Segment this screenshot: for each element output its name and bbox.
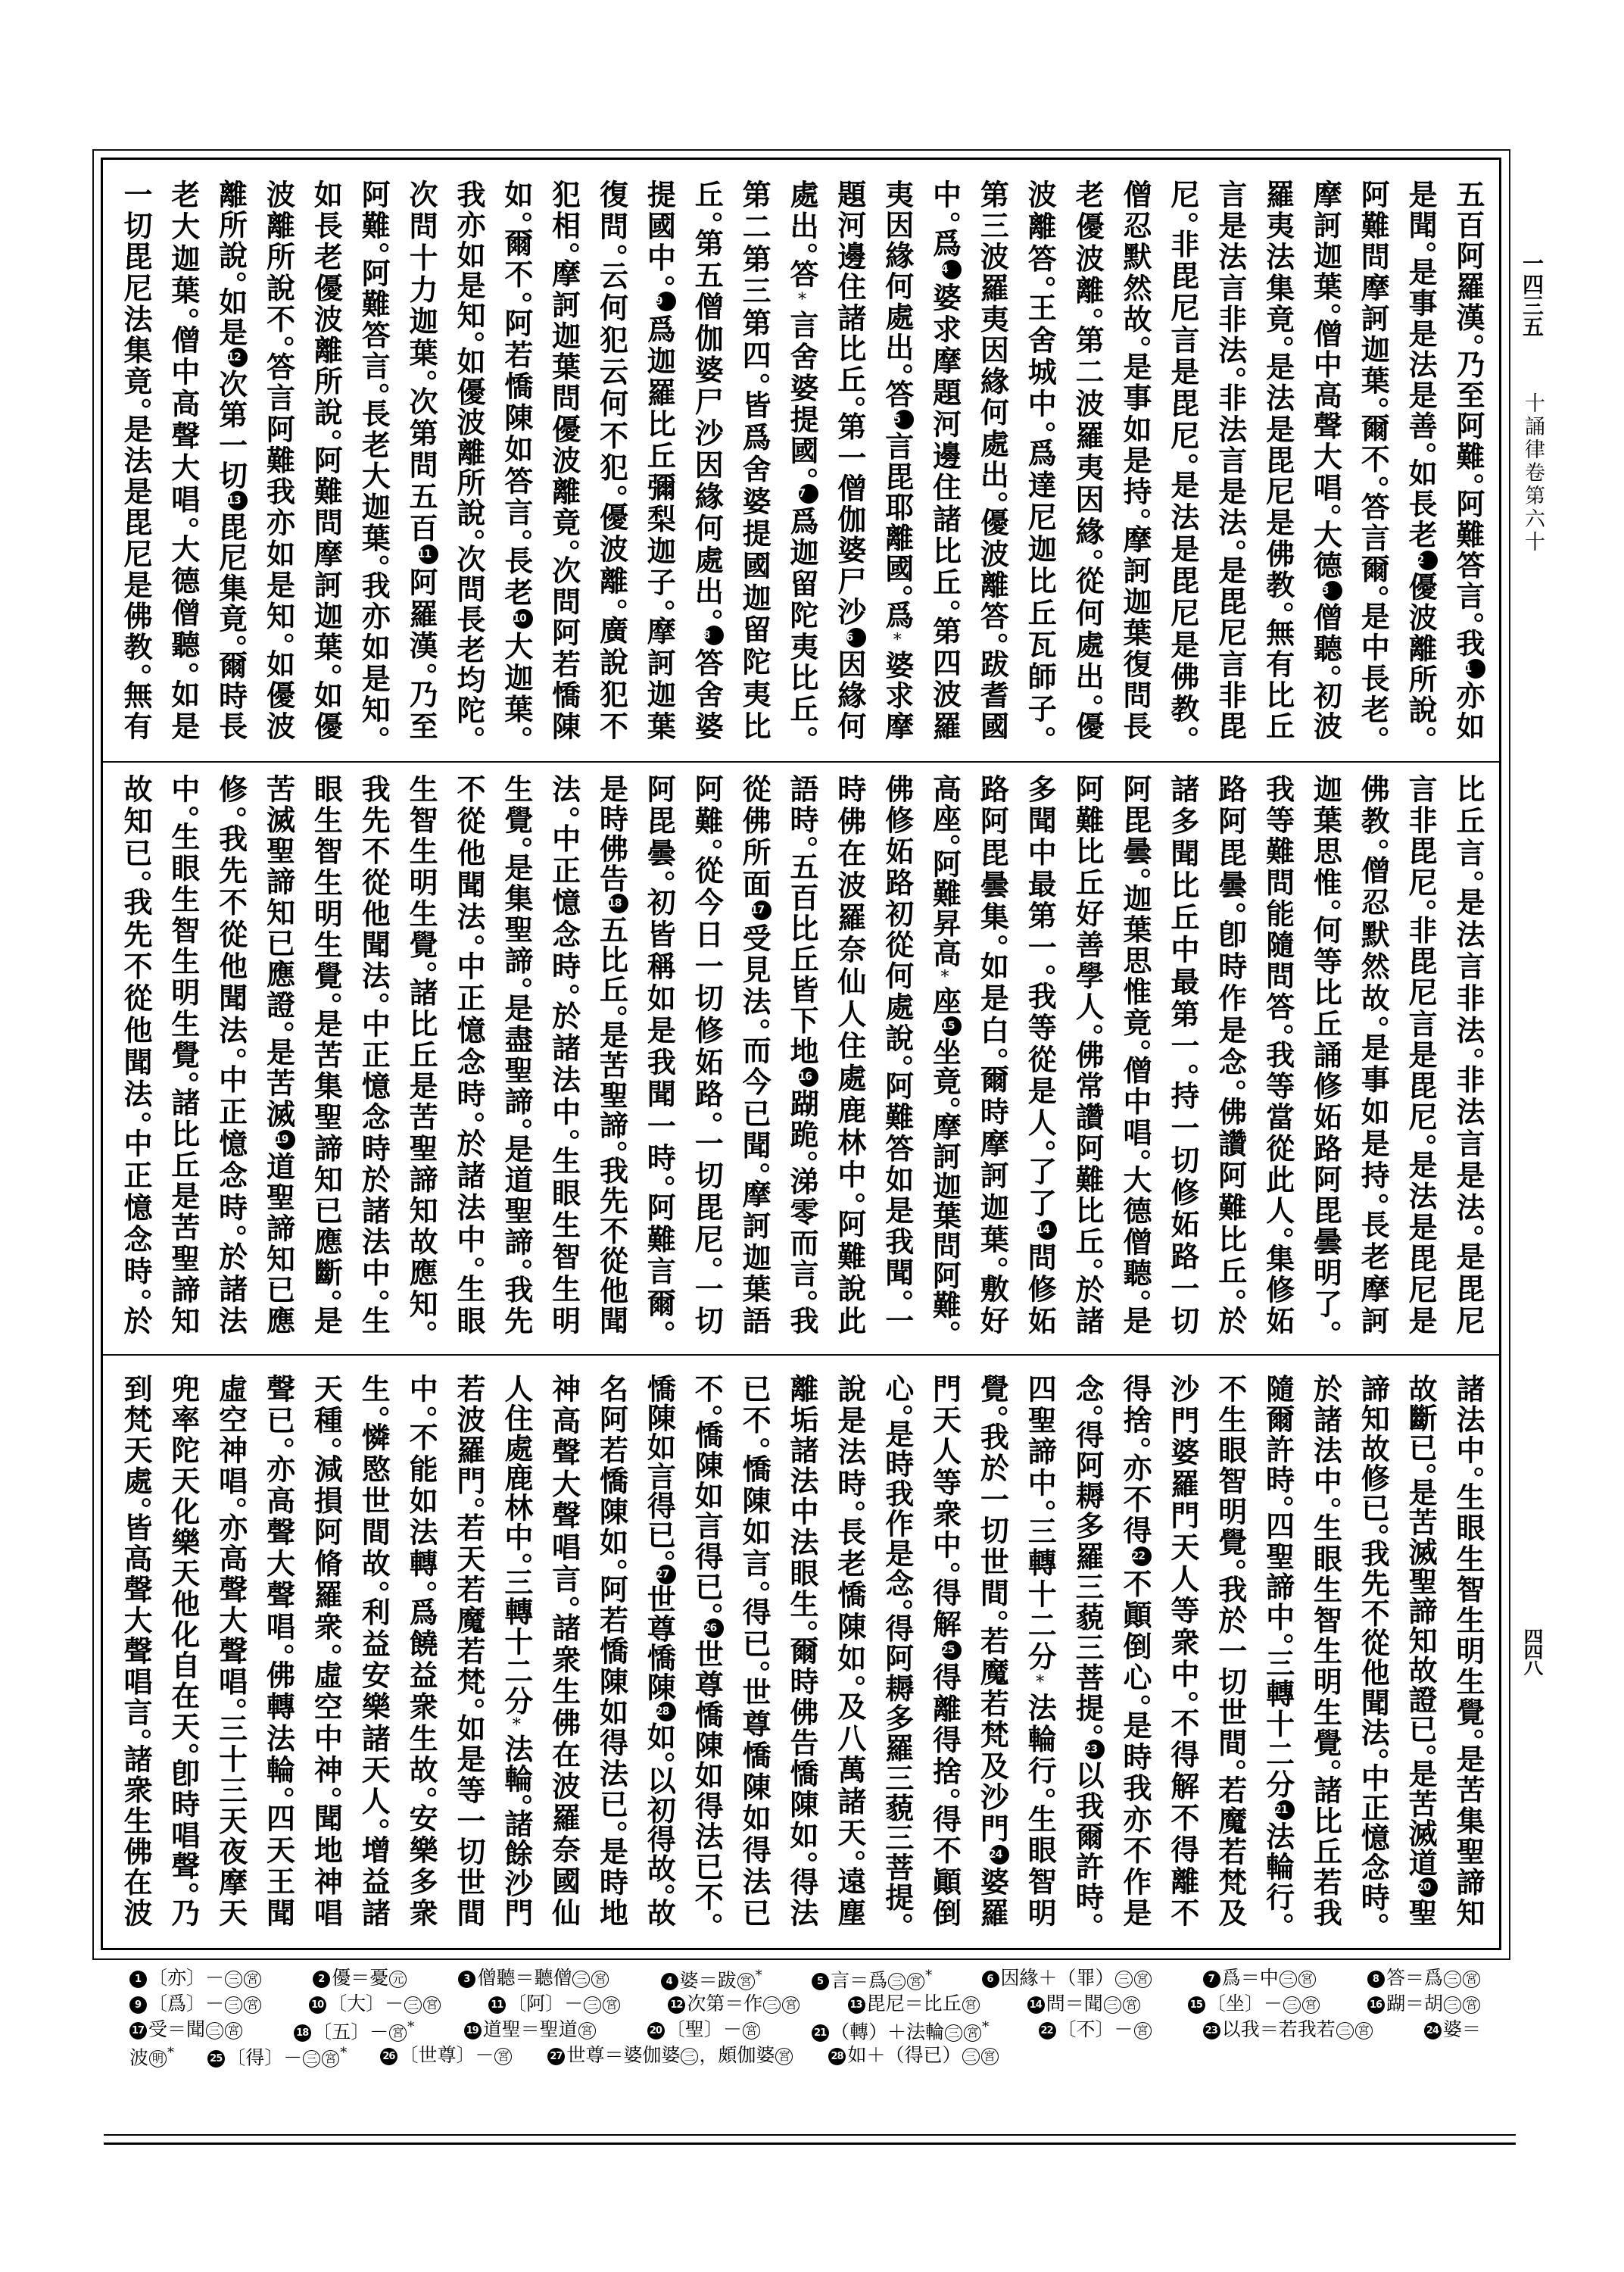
text-column: 題河邊住諸比丘。第一僧伽婆尸沙6因緣何	[825, 179, 873, 740]
footnote-marker: 21	[812, 2024, 829, 2042]
text-column: 離垢諸法中法眼生。爾時佛告憍陳如。得法	[778, 1374, 825, 1927]
text-column: 兜率陀天化樂天他化自在天。卽時唱聲。乃	[159, 1374, 207, 1927]
full-stop: 。	[1308, 1496, 1342, 1513]
footnote-item: 1〔亦〕－三宮	[129, 1965, 262, 1991]
footnote-marker: 18	[294, 2024, 311, 2042]
footnote-marker: 24	[990, 1845, 1009, 1865]
full-stop: 。	[928, 1320, 962, 1334]
text-column: 說是法時。長老憍陳如。及八萬諸天。遠塵	[825, 1374, 873, 1927]
full-stop: 。	[690, 211, 724, 229]
collation-asterisk: *	[793, 291, 812, 308]
full-stop: 。	[690, 1912, 724, 1927]
full-stop: 。	[1023, 726, 1057, 740]
full-stop: 。	[1166, 453, 1200, 470]
full-stop: 。	[214, 1047, 248, 1065]
text-column: 苦滅聖諦知已應證。是苦滅19道聖諦知已應	[254, 774, 302, 1334]
text-column: 羅夷法集竟。是法是毘尼是佛教。無有比丘	[1254, 179, 1301, 740]
full-stop: 。	[452, 1697, 486, 1714]
full-stop: 。	[262, 335, 296, 352]
text-column: 人住處鹿林中。三轉十二分*法輪。諸餘沙門	[492, 1374, 540, 1927]
full-stop: 。	[452, 528, 486, 544]
footnote-item: 23以我＝若我若三宮	[1203, 2017, 1373, 2043]
full-stop: 。	[1356, 1015, 1390, 1032]
full-stop: 。	[404, 961, 438, 978]
footnote-marker: 23	[1203, 2022, 1220, 2039]
edition-mark: 宮	[1123, 1996, 1140, 2014]
full-stop: 。	[119, 1288, 153, 1306]
edition-mark: 三	[225, 1996, 242, 2014]
full-stop: 。	[595, 1005, 629, 1021]
text-column: 覺。我於一切世間。若魔若梵及沙門24婆羅	[968, 1374, 1016, 1927]
edition-mark: 三	[1444, 1971, 1461, 1988]
full-stop: 。	[452, 726, 486, 740]
footnote-marker: 5	[894, 410, 914, 429]
full-stop: 。	[785, 835, 819, 852]
footnote-item: 9〔爲〕－三宮	[129, 1991, 262, 2017]
full-stop: 。	[1356, 726, 1390, 740]
full-stop: 。	[1118, 1148, 1152, 1165]
full-stop: 。	[167, 1743, 201, 1759]
text-column: 憍陳如言得已。27世尊憍陳28如。以初得故。故	[635, 1374, 683, 1927]
full-stop: 。	[214, 1496, 248, 1513]
edition-mark: 宮	[964, 2024, 981, 2042]
full-stop: 。	[737, 1580, 771, 1597]
footnote-marker: 2	[313, 1971, 330, 1988]
full-stop: 。	[452, 934, 486, 951]
footnote-marker: 6	[982, 1971, 999, 1988]
edition-mark: 宮	[743, 2022, 760, 2039]
footnote-item: 2優＝憂元	[313, 1965, 407, 1991]
edition-mark: 宮	[322, 2050, 339, 2068]
full-stop: 。	[881, 1598, 915, 1613]
footnote-line: 17受＝聞三宮18〔五〕－宮*19道聖＝聖道宮20〔聖〕－宮21（轉）＋法輪三宮…	[129, 2017, 1481, 2043]
text-column: 佛教。僧忍默然故。是事如是持。長老摩訶	[1348, 774, 1396, 1334]
edition-mark: 三	[404, 1996, 422, 2014]
text-column: 修。我先不從他聞法。中正憶念時。於諸法	[207, 774, 254, 1334]
text-column: 如。爾不。阿若憍陳如答言。長老10大迦葉。	[492, 179, 540, 740]
full-stop: 。	[928, 1787, 962, 1804]
full-stop: 。	[214, 1225, 248, 1242]
footnote-marker: 14	[1027, 1996, 1045, 2014]
full-stop: 。	[500, 211, 534, 229]
edition-mark: 宮	[578, 2022, 596, 2039]
full-stop: 。	[642, 274, 676, 292]
footnote-item: 27世尊＝婆伽婆三，頗伽婆宮	[547, 2043, 793, 2068]
full-stop: 。	[1261, 1023, 1295, 1040]
full-stop: 。	[975, 1256, 1009, 1274]
full-stop: 。	[1071, 1912, 1105, 1927]
full-stop: 。	[1071, 1258, 1105, 1275]
edition-mark: 宮	[244, 1971, 261, 1988]
footnote-marker: 5	[812, 1973, 829, 1990]
full-stop: 。	[1166, 1690, 1200, 1708]
full-stop: 。	[690, 838, 724, 855]
full-stop: 。	[1404, 1462, 1438, 1478]
full-stop: 。	[1023, 1139, 1057, 1156]
text-column: 中。爲4婆求摩題河邊住諸比丘。第四波羅	[921, 179, 968, 740]
footnote-item: 15〔坐〕－三宮	[1188, 1991, 1320, 2017]
full-stop: 。	[167, 662, 201, 679]
full-stop: 。	[404, 1580, 438, 1597]
footnote-marker: 27	[656, 1565, 676, 1584]
text-column: 從佛所面17受見法。而今已聞。摩訶迦葉語	[730, 774, 778, 1334]
footnote-marker: 18	[609, 894, 628, 913]
text-column: 諦知故修已。我先不從他聞法。中正憶念時。	[1348, 1374, 1396, 1927]
full-stop: 。	[357, 1406, 391, 1423]
footnote-marker: 21	[1275, 1800, 1295, 1820]
edition-mark: 宮	[591, 1971, 609, 1988]
full-stop: 。	[1214, 1759, 1248, 1775]
text-column: 不從他聞法。中正憶念時。於諸法中。生眼	[444, 774, 492, 1334]
full-stop: 。	[642, 1550, 676, 1565]
full-stop: 。	[785, 726, 819, 740]
full-stop: 。	[690, 608, 724, 626]
footnote-item: 波明*	[129, 2040, 173, 2071]
collation-asterisk: *	[756, 1968, 761, 1983]
full-stop: 。	[1118, 1436, 1152, 1453]
text-column: 是時佛告18五比丘。是苦聖諦。我先不從他聞	[588, 774, 635, 1334]
full-stop: 。	[452, 1496, 486, 1513]
full-stop: 。	[881, 1403, 915, 1418]
edition-mark: 宮	[603, 1996, 620, 2014]
full-stop: 。	[1261, 1633, 1295, 1649]
footnote-marker: 23	[1085, 1740, 1105, 1759]
text-column: 多聞中最第一。我等從是人。了了14問修妬	[1015, 774, 1063, 1334]
edition-mark: 宮	[244, 1996, 261, 2014]
text-column: 一切毘尼法集竟。是法是毘尼是佛教。無有	[111, 179, 159, 740]
full-stop: 。	[881, 584, 915, 600]
full-stop: 。	[642, 870, 676, 888]
footnote-item: 7爲＝中三宮	[1203, 1965, 1317, 1991]
footnote-item: 14問＝聞三宮	[1027, 1991, 1141, 2017]
full-stop: 。	[1356, 1747, 1390, 1762]
full-stop: 。	[357, 992, 391, 1009]
edition-mark: 三	[303, 2050, 320, 2068]
footnote-line: 9〔爲〕－三宮10〔大〕－三宮11〔阿〕－三宮12次第＝作三宮13毘尼＝比丘宮1…	[129, 1991, 1481, 2017]
full-stop: 。	[1023, 1500, 1057, 1516]
full-stop: 。	[1261, 335, 1295, 352]
footnote-item: 28如＋（得已）三宮	[828, 2043, 999, 2068]
text-column: 虛空神唱。亦高聲大聲唱。三十三天夜摩天	[207, 1374, 254, 1927]
text-column: 路阿毘曇。卽時作是念。佛讚阿難比丘。於	[1206, 774, 1254, 1334]
full-stop: 。	[167, 805, 201, 822]
edition-mark: 宮	[981, 2048, 999, 2065]
edition-mark: 宮	[782, 1996, 800, 2014]
full-stop: 。	[1071, 307, 1105, 325]
full-stop: 。	[1356, 1523, 1390, 1538]
text-column: 次問十力迦葉。次第問五百11阿羅漢。乃至	[397, 179, 444, 740]
full-stop: 。	[1308, 1759, 1342, 1775]
full-stop: 。	[833, 1500, 867, 1517]
footnote-item: 4婆＝跋宮*	[661, 1963, 761, 1993]
full-stop: 。	[500, 836, 534, 853]
footnote-marker: 10	[513, 609, 533, 629]
text-column: 處出。答*言舍婆提國。7爲迦留陀夷比丘。	[778, 179, 825, 740]
text-column: 言非毘尼。非毘尼言是毘尼。是法是毘尼是	[1396, 774, 1444, 1334]
full-stop: 。	[1118, 1693, 1152, 1710]
footnote-marker: 28	[656, 1702, 676, 1721]
footnote-marker: 27	[547, 2048, 565, 2065]
full-stop: 。	[214, 1697, 248, 1714]
text-column: 阿難。阿難答言。長老大迦葉。我亦如是知。	[349, 179, 397, 740]
full-stop: 。	[690, 1404, 724, 1420]
full-stop: 。	[1071, 1724, 1105, 1740]
footnote-marker: 6	[846, 628, 866, 648]
full-stop: 。	[500, 1258, 534, 1275]
footnote-marker: 13	[848, 1996, 865, 2014]
full-stop: 。	[975, 934, 1009, 951]
footnote-marker: 22	[1039, 2022, 1056, 2039]
footnote-marker: 1	[129, 1971, 147, 1988]
edition-mark: 三	[681, 2048, 698, 2065]
text-column: 語時。五百比丘皆下地16䠒跪。涕零而言。我	[778, 774, 825, 1334]
footnote-item: 21（轉）＋法輪三宮*	[812, 2015, 987, 2045]
text-column: 老優波離。第二波羅夷因緣。從何處出。優	[1063, 179, 1111, 740]
text-column: 不生眼智明覺。我於一切世間。若魔若梵及	[1206, 1374, 1254, 1927]
register-middle: 比丘言。是法言非法。非法言是法。是毘尼言非毘尼。非毘尼言是毘尼。是法是毘尼是佛教…	[111, 774, 1492, 1334]
full-stop: 。	[642, 599, 676, 616]
collation-asterisk: *	[982, 2019, 987, 2035]
page-number: 四四八	[1520, 1628, 1544, 1675]
full-stop: 。	[1118, 335, 1152, 352]
full-stop: 。	[1023, 420, 1057, 438]
full-stop: 。	[975, 1609, 1009, 1626]
footnote-item: 22〔不〕－宮	[1039, 2017, 1152, 2043]
footnote-marker: 9	[129, 1996, 147, 2014]
full-stop: 。	[642, 1320, 676, 1334]
text-column: 法。中正憶念時。於諸法中。生眼生智生明	[540, 774, 588, 1334]
edition-mark: 明	[149, 2050, 167, 2068]
text-column: 迦葉思惟。何等比丘誦修妬路阿毘曇明了。	[1301, 774, 1349, 1334]
full-stop: 。	[119, 663, 153, 680]
footnote-item: 26〔世尊〕－宮	[380, 2043, 513, 2068]
register-divider	[103, 761, 1500, 763]
full-stop: 。	[452, 331, 486, 347]
text-column: 隨爾許時。四聖諦中。三轉十二分21法輪行。	[1254, 1374, 1301, 1927]
text-column: 我亦如是知。如優波離所說。次問長老均陀。	[444, 179, 492, 740]
collation-asterisk: *	[936, 968, 955, 985]
full-stop: 。	[547, 806, 581, 823]
full-stop: 。	[119, 1496, 153, 1513]
full-stop: 。	[833, 1674, 867, 1692]
full-stop: 。	[1023, 276, 1057, 293]
full-stop: 。	[500, 291, 534, 308]
full-stop: 。	[1451, 1466, 1485, 1483]
edition-mark: 宮	[389, 2024, 407, 2042]
full-stop: 。	[1261, 1227, 1295, 1244]
full-stop: 。	[785, 242, 819, 259]
full-stop: 。	[1308, 898, 1342, 915]
footnote-marker: 19	[276, 1130, 295, 1150]
text-column: 生。憐愍世間故。利益安樂諸天人。增益諸	[349, 1374, 397, 1927]
text-column: 尼。非毘尼言是毘尼。是法是毘尼是佛教。	[1158, 179, 1206, 740]
collation-asterisk: *	[407, 2019, 413, 2035]
full-stop: 。	[167, 517, 201, 534]
edition-mark: 三	[1115, 1971, 1133, 1988]
text-column: 名阿若憍陳如。阿若憍陳如得法已。是時地	[588, 1374, 635, 1927]
full-stop: 。	[690, 1256, 724, 1274]
full-stop: 。	[1261, 1912, 1295, 1927]
text-column: 佛修妬路初從何處說。阿難答如是我聞。一	[873, 774, 921, 1334]
full-stop: 。	[500, 1793, 534, 1809]
full-stop: 。	[1308, 664, 1342, 681]
full-stop: 。	[1451, 612, 1485, 629]
full-stop: 。	[737, 1162, 771, 1179]
full-stop: 。	[262, 1021, 296, 1038]
footnote-marker: 20	[647, 2022, 665, 2039]
full-stop: 。	[1023, 964, 1057, 982]
text-column: 中。不能如法轉。爲饒益衆生故。安樂多衆	[397, 1374, 444, 1927]
text-column: 摩訶迦葉。僧中高聲大唱。大德3僧聽。初波	[1301, 179, 1349, 740]
register-bottom: 諸法中。生眼生智生明生覺。是苦集聖諦知故斷已。是苦滅聖諦知故證已。是苦滅道20聖…	[111, 1374, 1492, 1927]
full-stop: 。	[595, 485, 629, 502]
full-stop: 。	[1214, 1558, 1248, 1574]
edition-mark: 宮	[962, 1996, 980, 2014]
full-stop: 。	[214, 271, 248, 287]
footnote-marker: 15	[942, 1016, 962, 1036]
full-stop: 。	[1404, 1133, 1438, 1150]
full-stop: 。	[404, 1406, 438, 1423]
text-column: 離所說。如是12次第一切13毘尼集竟。爾時長	[207, 179, 254, 740]
text-column: 諸法中。生眼生智生明生覺。是苦集聖諦知	[1444, 1374, 1492, 1927]
full-stop: 。	[262, 1643, 296, 1661]
footnotes: 1〔亦〕－三宮2優＝憂元3僧聽＝聽僧三宮4婆＝跋宮*5言＝爲三宮*6因緣＋（罪）…	[129, 1965, 1481, 2068]
full-stop: 。	[309, 1437, 343, 1454]
full-stop: 。	[1214, 1288, 1248, 1306]
full-stop: 。	[690, 1602, 724, 1618]
footnote-marker: 12	[668, 1996, 685, 2014]
full-stop: 。	[309, 1643, 343, 1661]
full-stop: 。	[500, 977, 534, 994]
edition-mark: 三	[584, 1996, 601, 2014]
edition-mark: 三	[225, 1971, 242, 1988]
full-stop: 。	[1404, 1744, 1438, 1759]
text-column: 阿毘曇。迦葉思惟竟。僧中唱。大德僧聽。是	[1111, 774, 1158, 1334]
text-column: 阿難問摩訶迦葉。爾不。答言爾。是中長老。	[1348, 179, 1396, 740]
full-stop: 。	[1404, 898, 1438, 915]
text-column: 路阿毘曇集。如是白。爾時摩訶迦葉。敷好	[968, 774, 1016, 1334]
edition-mark: 宮	[775, 2048, 793, 2065]
full-stop: 。	[595, 1820, 629, 1837]
edition-mark: 宮	[1298, 1971, 1316, 1988]
full-stop: 。	[975, 491, 1009, 507]
full-stop: 。	[928, 1561, 962, 1578]
footnote-marker: 16	[1367, 1996, 1385, 2014]
edition-mark: 三	[1280, 1971, 1297, 1988]
full-stop: 。	[595, 598, 629, 615]
text-column: 丘。第五僧伽婆尸沙因緣何處出。8答舍婆	[682, 179, 730, 740]
full-stop: 。	[1261, 601, 1295, 618]
full-stop: 。	[1023, 1787, 1057, 1803]
text-column: 我先不從他聞法。中正憶念時於諸法中。生	[349, 774, 397, 1334]
full-stop: 。	[881, 1912, 915, 1927]
fascicle-title: 十誦律卷第六十	[1520, 392, 1545, 554]
edition-mark: 三	[1283, 1996, 1301, 2014]
text-column: 故斷已。是苦滅聖諦知故證已。是苦滅道20聖	[1396, 1374, 1444, 1927]
footnote-item: 20〔聖〕－宮	[647, 2017, 761, 2043]
full-stop: 。	[357, 726, 391, 740]
full-stop: 。	[785, 1290, 819, 1306]
collation-asterisk: *	[340, 2045, 345, 2061]
full-stop: 。	[262, 1787, 296, 1804]
full-stop: 。	[1214, 367, 1248, 383]
text-column: 僧忍默然故。是事如是持。摩訶迦葉復問長	[1111, 179, 1158, 740]
full-stop: 。	[357, 1580, 391, 1597]
full-stop: 。	[1214, 1079, 1248, 1097]
edition-mark: 三	[763, 1996, 781, 2014]
footnote-marker: 8	[1367, 1971, 1385, 1988]
text-column: 老大迦葉。僧中高聲大唱。大德僧聽。如是	[159, 179, 207, 740]
full-stop: 。	[119, 870, 153, 888]
footnote-marker: 26	[380, 2048, 397, 2065]
footnote-marker: 17	[752, 900, 771, 920]
footnote-marker: 8	[704, 626, 724, 645]
full-stop: 。	[928, 599, 962, 616]
full-stop: 。	[1071, 1404, 1105, 1420]
full-stop: 。	[1071, 548, 1105, 566]
full-stop: 。	[167, 307, 201, 325]
footnote-marker: 4	[661, 1973, 678, 1990]
text-column: 阿難比丘好善學人。佛常讚阿難比丘。於諸	[1063, 774, 1111, 1334]
full-stop: 。	[1118, 507, 1152, 524]
footnote-line: 1〔亦〕－三宮2優＝憂元3僧聽＝聽僧三宮4婆＝跋宮*5言＝爲三宮*6因緣＋（罪）…	[129, 1965, 1481, 1991]
footnote-marker: 7	[799, 484, 818, 504]
full-stop: 。	[214, 806, 248, 823]
footnote-marker: 2	[1418, 551, 1438, 570]
full-stop: 。	[642, 1883, 676, 1898]
full-stop: 。	[595, 243, 629, 261]
footnote-marker: 19	[464, 2022, 482, 2039]
full-stop: 。	[309, 663, 343, 680]
text-column: 生覺。是集聖諦。是盡聖諦。是道聖諦。我先	[492, 774, 540, 1334]
full-stop: 。	[975, 632, 1009, 649]
full-stop: 。	[1356, 1192, 1390, 1209]
full-stop: 。	[737, 1437, 771, 1454]
full-stop: 。	[1451, 870, 1485, 888]
full-stop: 。	[404, 662, 438, 679]
full-stop: 。	[737, 372, 771, 389]
footnote-marker: 15	[1188, 1996, 1205, 2014]
footnote-marker: 1	[1466, 659, 1485, 679]
full-stop: 。	[928, 211, 962, 229]
footnote-item: 25〔得〕－三宮*	[207, 2040, 345, 2071]
bottom-rule	[104, 2134, 1516, 2136]
full-stop: 。	[1356, 838, 1390, 855]
full-stop: 。	[357, 242, 391, 258]
full-stop: 。	[547, 1128, 581, 1146]
edition-mark: 宮	[1134, 2022, 1152, 2039]
footnote-marker: 10	[309, 1996, 326, 2014]
text-column: 故知已。我先不從他聞法。中正憶念時。於	[111, 774, 159, 1334]
full-stop: 。	[1118, 1039, 1152, 1056]
text-column: 得捨。亦不得22不顚倒心。是時我亦不作是	[1111, 1374, 1158, 1927]
full-stop: 。	[881, 1054, 915, 1071]
collation-asterisk: *	[507, 1716, 526, 1734]
full-stop: 。	[452, 1256, 486, 1274]
edition-mark: 元	[389, 1971, 407, 1988]
edition-mark: 三	[1104, 1996, 1121, 2014]
footnote-marker: 16	[799, 1067, 818, 1087]
footnote-marker: 3	[458, 1971, 475, 1988]
collation-asterisk: *	[925, 1968, 930, 1983]
text-column: 於諸法中。生眼生智生明生覺。諸比丘若我	[1301, 1374, 1349, 1927]
text-column: 第三波羅夷因緣何處出。優波離答。跋耆國	[968, 179, 1016, 740]
full-stop: 。	[1451, 1047, 1485, 1065]
text-column: 提國中。9爲迦羅比丘彌梨迦子。摩訶迦葉	[635, 179, 683, 740]
full-stop: 。	[547, 538, 581, 555]
full-stop: 。	[1166, 211, 1200, 229]
full-stop: 。	[928, 1097, 962, 1112]
